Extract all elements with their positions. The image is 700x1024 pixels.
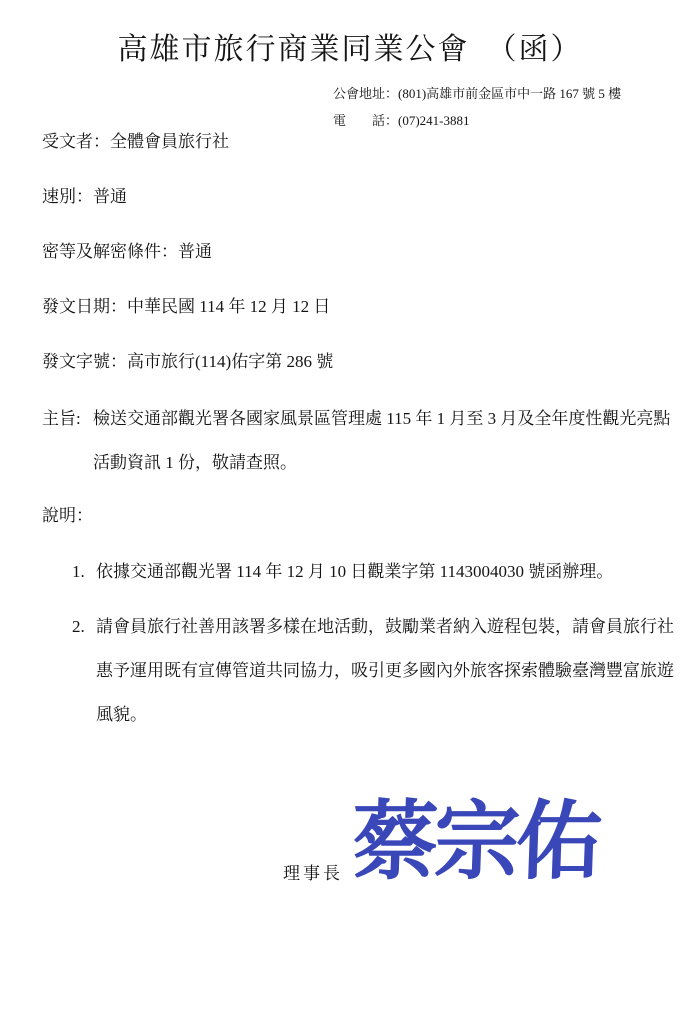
explanation-label: 說明： [42, 506, 93, 526]
association-contact-block: 公會地址：(801)高雄市前金區市中一路 167 號 5 樓 電 話：(07)2… [333, 80, 621, 134]
document-title: 高雄市旅行商業同業公會 （函） [0, 24, 700, 68]
phone-value: (07)241-3881 [398, 113, 470, 128]
issue-date-value: 中華民國 114 年 12 月 12 日 [127, 297, 330, 316]
subject-text: 檢送交通部觀光署各國家風景區管理處 115 年 1 月至 3 月及全年度性觀光亮… [93, 409, 670, 472]
classification-line: 密等及解密條件：普通 [42, 242, 212, 262]
association-phone-line: 電 話：(07)241-3881 [333, 107, 621, 134]
reference-number-line: 發文字號：高市旅行(114)佑字第 286 號 [42, 352, 333, 372]
subject-section: 主旨:檢送交通部觀光署各國家風景區管理處 115 年 1 月至 3 月及全年度性… [42, 397, 673, 485]
chairman-title: 理事長 [283, 863, 343, 885]
chairman-signature: 蔡宗佑 [350, 792, 599, 892]
reference-number-label: 發文字號： [42, 352, 127, 371]
classification-label: 密等及解密條件： [42, 242, 178, 261]
explanation-item-number: 2. [72, 605, 96, 649]
explanation-item: 2.請會員旅行社善用該署多樣在地活動，鼓勵業者納入遊程包裝，請會員旅行社惠予運用… [72, 605, 688, 737]
issue-date-label: 發文日期： [42, 297, 127, 316]
explanation-item-text: 依據交通部觀光署 114 年 12 月 10 日觀業字第 1143004030 … [96, 562, 613, 581]
recipient-label: 受文者： [42, 132, 110, 151]
classification-value: 普通 [178, 242, 212, 261]
association-address-line: 公會地址：(801)高雄市前金區市中一路 167 號 5 樓 [333, 80, 621, 107]
priority-label: 速別： [42, 187, 93, 206]
subject-label: 主旨: [42, 397, 93, 441]
priority-line: 速別：普通 [42, 187, 127, 207]
explanation-item-text: 請會員旅行社善用該署多樣在地活動，鼓勵業者納入遊程包裝，請會員旅行社惠予運用既有… [96, 617, 674, 724]
explanation-item-number: 1. [72, 550, 96, 594]
address-label: 公會地址： [333, 86, 398, 101]
phone-label: 電 話： [333, 113, 398, 128]
address-value: (801)高雄市前金區市中一路 167 號 5 樓 [398, 86, 621, 101]
recipient-line: 受文者：全體會員旅行社 [42, 132, 229, 152]
reference-number-value: 高市旅行(114)佑字第 286 號 [127, 352, 333, 371]
issue-date-line: 發文日期：中華民國 114 年 12 月 12 日 [42, 297, 330, 317]
explanation-item: 1.依據交通部觀光署 114 年 12 月 10 日觀業字第 114300403… [72, 550, 688, 594]
recipient-value: 全體會員旅行社 [110, 132, 229, 151]
priority-value: 普通 [93, 187, 127, 206]
official-letter-page: 高雄市旅行商業同業公會 （函） 公會地址：(801)高雄市前金區市中一路 167… [0, 0, 700, 1024]
